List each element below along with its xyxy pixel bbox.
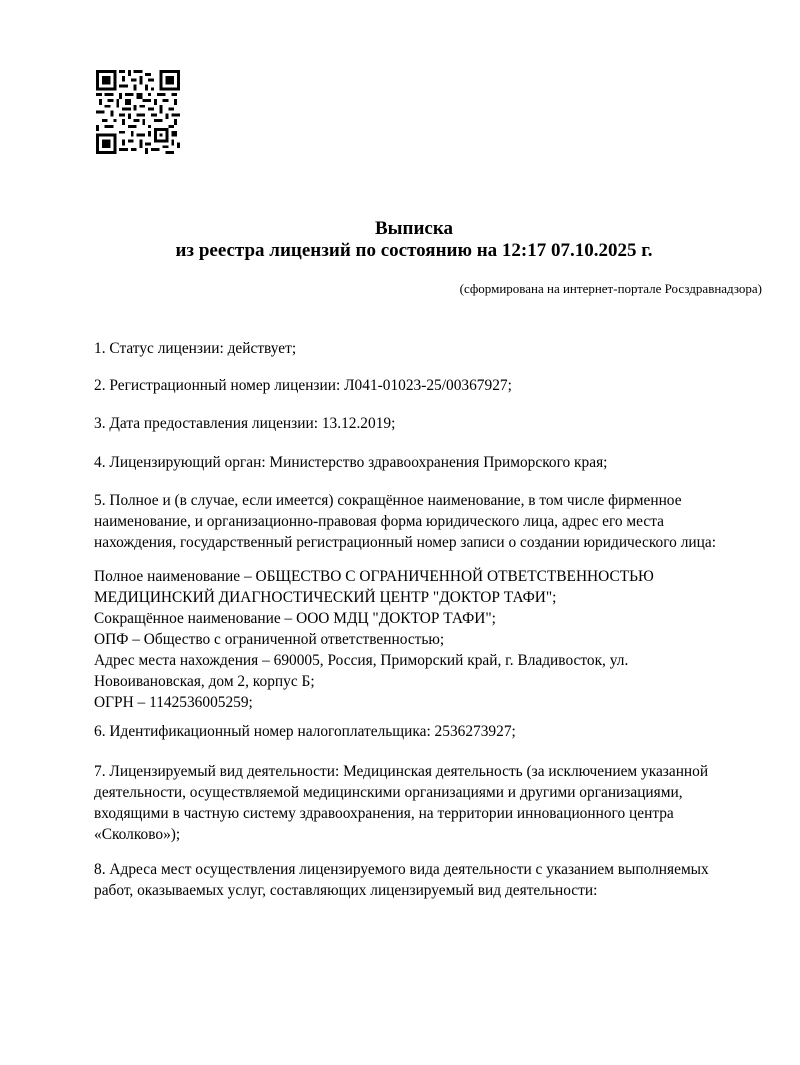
license-status: 1. Статус лицензии: действует; (94, 338, 774, 359)
item-5-line: нахождения, государственный регистрацион… (94, 532, 774, 553)
license-date: 3. Дата предоставления лицензии: 13.12.2… (94, 413, 774, 434)
address-line: Новоивановская, дом 2, корпус Б; (94, 671, 774, 692)
licensed-activity: 7. Лицензируемый вид деятельности: Медиц… (94, 761, 774, 845)
item-7-line: «Сколково»); (94, 824, 774, 845)
legal-form-line: ОПФ – Общество с ограниченной ответствен… (94, 629, 774, 650)
activity-addresses: 8. Адреса мест осуществления лицензируем… (94, 859, 774, 901)
source-note: (сформирована на интернет-портале Росздр… (460, 281, 762, 297)
licensing-authority: 4. Лицензирующий орган: Министерство здр… (94, 452, 774, 473)
item-5-line: наименование, и организационно-правовая … (94, 511, 774, 532)
address-line: Адрес места нахождения – 690005, Россия,… (94, 650, 774, 671)
item-7-line: 7. Лицензируемый вид деятельности: Медиц… (94, 761, 774, 782)
item-5-line: 5. Полное и (в случае, если имеется) сок… (94, 490, 774, 511)
full-name-line: МЕДИЦИНСКИЙ ДИАГНОСТИЧЕСКИЙ ЦЕНТР "ДОКТО… (94, 587, 774, 608)
item-5-description: 5. Полное и (в случае, если имеется) сок… (94, 490, 774, 553)
ogrn-line: ОГРН – 1142536005259; (94, 692, 774, 713)
registration-number: 2. Регистрационный номер лицензии: Л041-… (94, 375, 774, 396)
item-7-line: деятельности, осуществляемой медицинским… (94, 782, 774, 803)
item-8-line: 8. Адреса мест осуществления лицензируем… (94, 859, 774, 880)
entity-details: Полное наименование – ОБЩЕСТВО С ОГРАНИЧ… (94, 566, 774, 713)
item-7-line: входящими в частную систему здравоохране… (94, 803, 774, 824)
taxpayer-id: 6. Идентификационный номер налогоплатель… (94, 721, 774, 742)
item-8-line: работ, оказываемых услуг, составляющих л… (94, 880, 774, 901)
full-name-line: Полное наименование – ОБЩЕСТВО С ОГРАНИЧ… (94, 566, 774, 587)
document-subtitle: из реестра лицензий по состоянию на 12:1… (14, 239, 800, 263)
short-name-line: Сокращённое наименование – ООО МДЦ "ДОКТ… (94, 608, 774, 629)
qr-code-icon (96, 70, 180, 154)
document-title: Выписка (14, 217, 800, 241)
